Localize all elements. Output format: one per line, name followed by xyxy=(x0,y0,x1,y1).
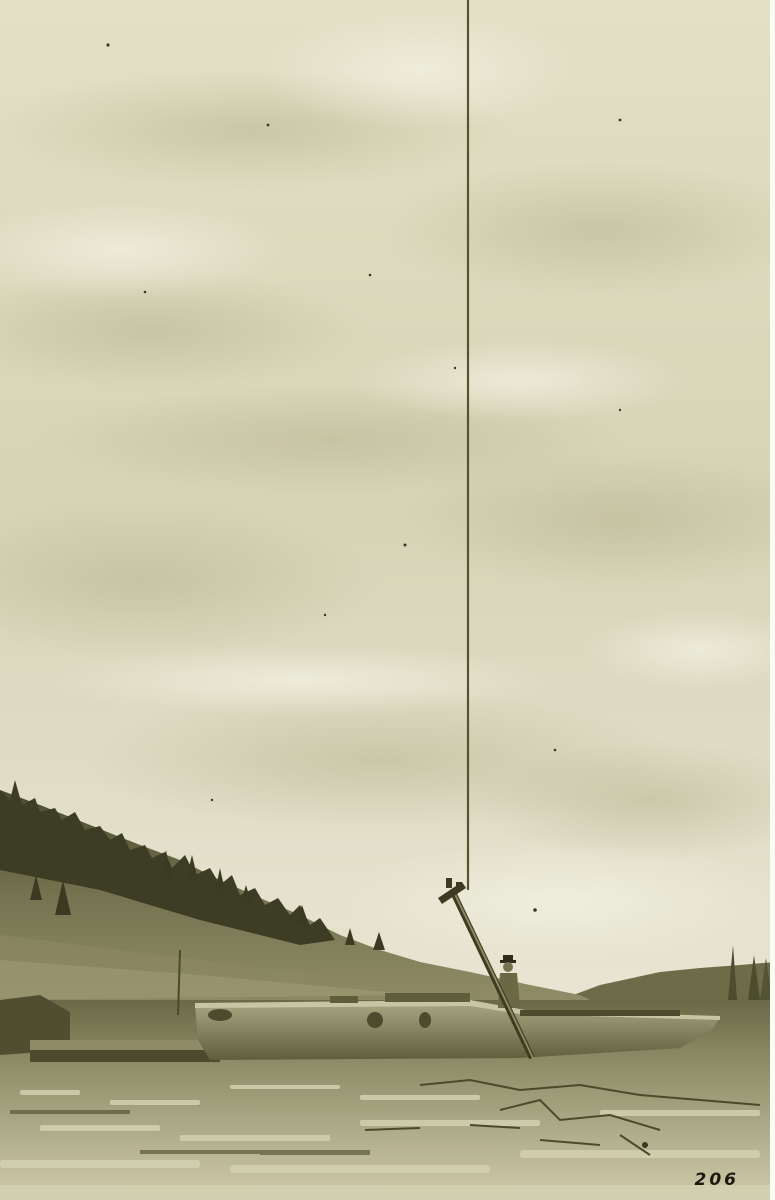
sepia-photograph xyxy=(0,0,775,1200)
photo-number-label: 206 xyxy=(695,1170,740,1190)
photo-border xyxy=(770,0,775,1200)
photo-scene xyxy=(0,0,775,1200)
